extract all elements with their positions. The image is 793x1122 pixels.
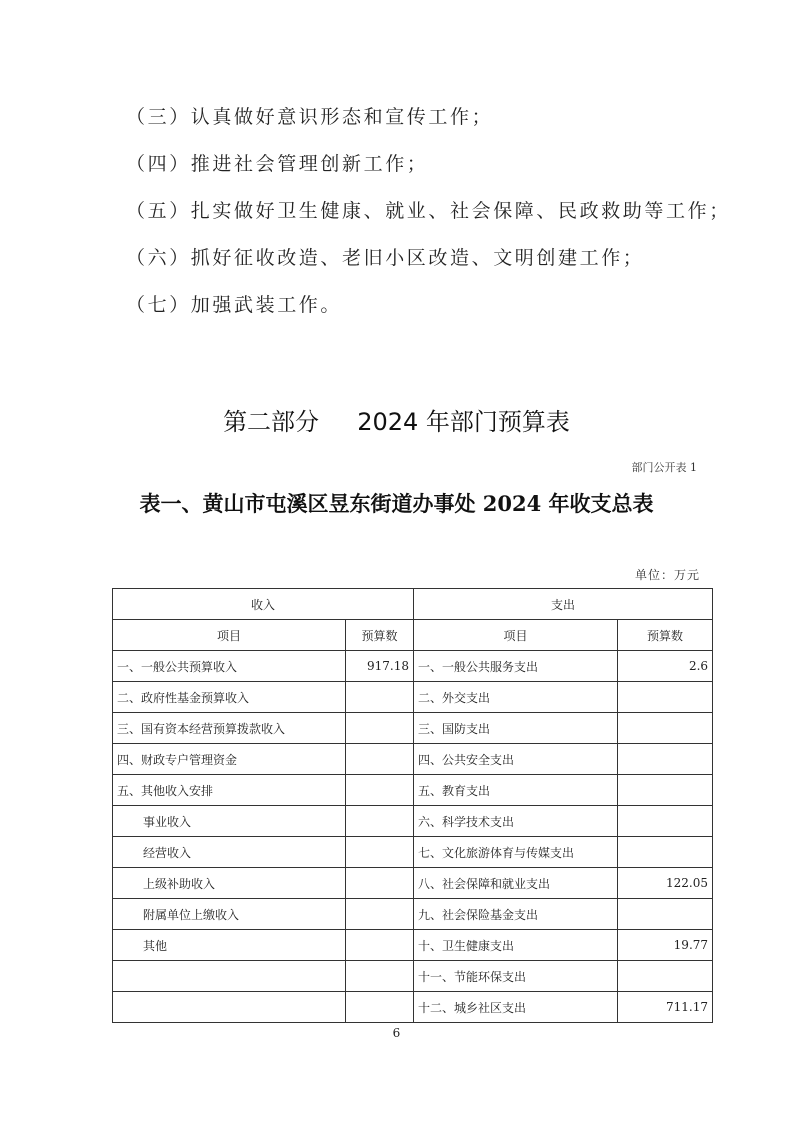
income-item: 三、国有资本经营预算拨款收入 xyxy=(113,713,346,744)
income-item xyxy=(113,961,346,992)
income-item: 经营收入 xyxy=(113,837,346,868)
table-row: 经营收入 七、文化旅游体育与传媒支出 xyxy=(113,837,713,868)
work-items-list: （三）认真做好意识形态和宣传工作； （四）推进社会管理创新工作； （五）扎实做好… xyxy=(126,100,731,335)
income-item: 二、政府性基金预算收入 xyxy=(113,682,346,713)
income-amount xyxy=(346,682,414,713)
income-amount xyxy=(346,806,414,837)
income-header: 收入 xyxy=(113,589,414,620)
work-item: （五）扎实做好卫生健康、就业、社会保障、民政救助等工作； xyxy=(126,194,731,241)
expense-item: 十二、城乡社区支出 xyxy=(414,992,618,1023)
income-item-header: 项目 xyxy=(113,620,346,651)
income-item: 附属单位上缴收入 xyxy=(113,899,346,930)
income-amount: 917.18 xyxy=(346,651,414,682)
income-amount xyxy=(346,868,414,899)
expense-amount xyxy=(618,837,713,868)
expense-amount: 711.17 xyxy=(618,992,713,1023)
table-row: 十一、节能环保支出 xyxy=(113,961,713,992)
income-item xyxy=(113,992,346,1023)
expense-item: 四、公共安全支出 xyxy=(414,744,618,775)
table-row: 上级补助收入 八、社会保障和就业支出 122.05 xyxy=(113,868,713,899)
budget-summary-table: 收入 支出 项目 预算数 项目 预算数 一、一般公共预算收入 917.18 一、… xyxy=(112,588,713,1023)
expense-amount-header: 预算数 xyxy=(618,620,713,651)
unit-label: 单位：万元 xyxy=(635,566,700,583)
expense-item: 六、科学技术支出 xyxy=(414,806,618,837)
income-item: 四、财政专户管理资金 xyxy=(113,744,346,775)
expense-amount xyxy=(618,682,713,713)
income-item: 一、一般公共预算收入 xyxy=(113,651,346,682)
income-amount-header: 预算数 xyxy=(346,620,414,651)
expense-item: 一、一般公共服务支出 xyxy=(414,651,618,682)
expense-item: 二、外交支出 xyxy=(414,682,618,713)
expense-amount xyxy=(618,775,713,806)
table-row: 一、一般公共预算收入 917.18 一、一般公共服务支出 2.6 xyxy=(113,651,713,682)
table-reference: 部门公开表 1 xyxy=(632,459,698,475)
income-amount xyxy=(346,930,414,961)
expense-amount xyxy=(618,744,713,775)
work-item: （七）加强武装工作。 xyxy=(126,288,731,335)
expense-amount: 19.77 xyxy=(618,930,713,961)
table-row: 十二、城乡社区支出 711.17 xyxy=(113,992,713,1023)
work-item: （六）抓好征收改造、老旧小区改造、文明创建工作； xyxy=(126,241,731,288)
page-number: 6 xyxy=(0,1026,793,1040)
table-row: 四、财政专户管理资金 四、公共安全支出 xyxy=(113,744,713,775)
expense-item: 十、卫生健康支出 xyxy=(414,930,618,961)
expense-amount xyxy=(618,961,713,992)
table-row: 二、政府性基金预算收入 二、外交支出 xyxy=(113,682,713,713)
section-title: 第二部分 2024 年部门预算表 xyxy=(0,402,793,437)
income-amount xyxy=(346,899,414,930)
income-amount xyxy=(346,713,414,744)
work-item: （三）认真做好意识形态和宣传工作； xyxy=(126,100,731,147)
income-item: 事业收入 xyxy=(113,806,346,837)
work-item: （四）推进社会管理创新工作； xyxy=(126,147,731,194)
table-subheader-row: 项目 预算数 项目 预算数 xyxy=(113,620,713,651)
expense-item: 五、教育支出 xyxy=(414,775,618,806)
table-row: 事业收入 六、科学技术支出 xyxy=(113,806,713,837)
table-row: 三、国有资本经营预算拨款收入 三、国防支出 xyxy=(113,713,713,744)
expense-amount: 122.05 xyxy=(618,868,713,899)
expense-amount: 2.6 xyxy=(618,651,713,682)
income-item: 上级补助收入 xyxy=(113,868,346,899)
expense-item: 九、社会保险基金支出 xyxy=(414,899,618,930)
table-header-row: 收入 支出 xyxy=(113,589,713,620)
expense-item-header: 项目 xyxy=(414,620,618,651)
expense-header: 支出 xyxy=(414,589,713,620)
table-title: 表一、黄山市屯溪区昱东街道办事处 2024 年收支总表 xyxy=(0,488,793,518)
income-amount xyxy=(346,961,414,992)
table-row: 五、其他收入安排 五、教育支出 xyxy=(113,775,713,806)
expense-amount xyxy=(618,806,713,837)
expense-item: 三、国防支出 xyxy=(414,713,618,744)
expense-amount xyxy=(618,713,713,744)
income-amount xyxy=(346,837,414,868)
expense-item: 十一、节能环保支出 xyxy=(414,961,618,992)
table-row: 其他 十、卫生健康支出 19.77 xyxy=(113,930,713,961)
income-item: 五、其他收入安排 xyxy=(113,775,346,806)
income-amount xyxy=(346,744,414,775)
expense-item: 七、文化旅游体育与传媒支出 xyxy=(414,837,618,868)
expense-item: 八、社会保障和就业支出 xyxy=(414,868,618,899)
income-amount xyxy=(346,775,414,806)
table-row: 附属单位上缴收入 九、社会保险基金支出 xyxy=(113,899,713,930)
expense-amount xyxy=(618,899,713,930)
income-amount xyxy=(346,992,414,1023)
income-item: 其他 xyxy=(113,930,346,961)
